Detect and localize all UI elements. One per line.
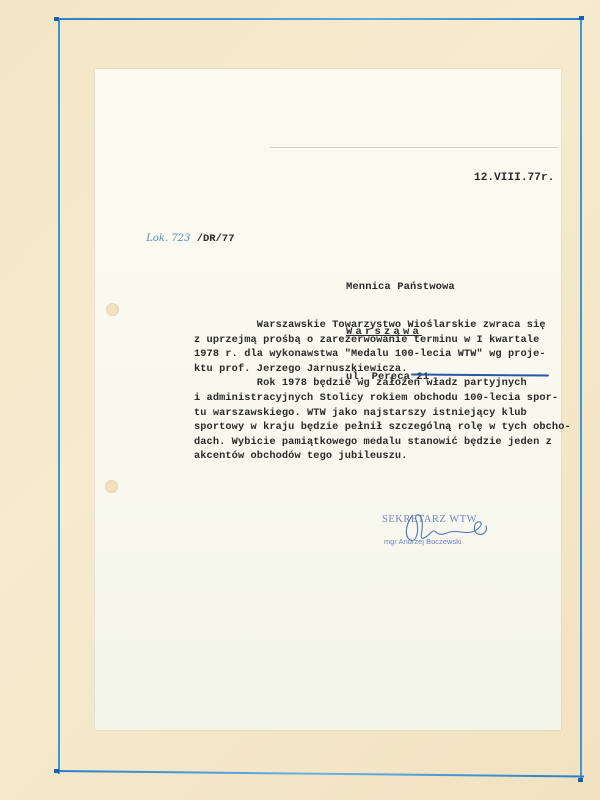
frame-bottom-line — [56, 770, 584, 778]
punch-hole — [105, 480, 118, 493]
punch-hole — [106, 303, 119, 316]
frame-left-line — [58, 18, 60, 774]
frame-corner-mark — [579, 16, 584, 20]
frame-corner-mark — [54, 769, 59, 773]
letter-body: Warszawskie Towarzystwo Wioślarskie zwra… — [194, 318, 571, 464]
frame-corner-mark — [578, 778, 583, 782]
letter-date: 12.VIII.77r. — [474, 172, 554, 184]
fold-line — [270, 147, 558, 148]
reference-number: Lok. 723 /DR/77 — [121, 221, 235, 257]
signature-block: SEKRETARZ WTW mgr Andrzej Boczewski — [382, 510, 502, 554]
typed-reference: /DR/77 — [190, 233, 234, 245]
letter-sheet: 12.VIII.77r. Lok. 723 /DR/77 Mennica Pań… — [95, 69, 561, 730]
handwritten-reference: Lok. 723 — [146, 233, 190, 244]
frame-corner-mark — [54, 17, 59, 21]
recipient-name: Mennica Państwowa — [346, 280, 455, 295]
frame-right-line — [580, 18, 582, 782]
frame-top-line — [56, 18, 584, 20]
stamp-name: mgr Andrzej Boczewski — [384, 537, 462, 546]
